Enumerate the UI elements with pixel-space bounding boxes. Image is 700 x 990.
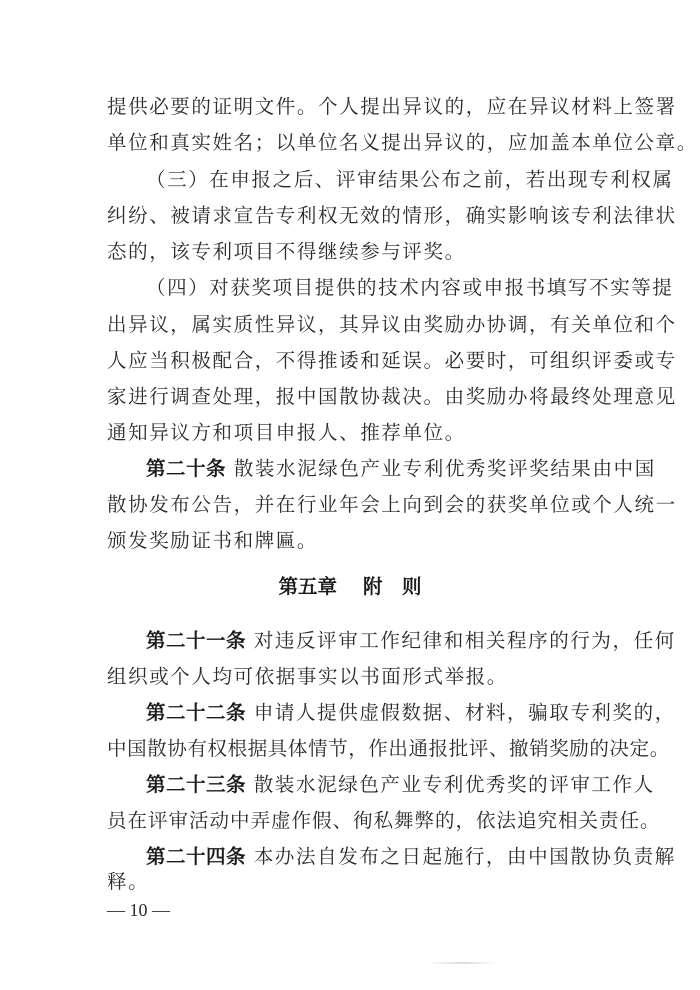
body-line: 通知异议方和项目申报人、推荐单位。 xyxy=(107,421,627,445)
article-24: 第二十四条 本办法自发布之日起施行，由中国散协负责解 xyxy=(146,845,666,869)
body-line: 中国散协有权根据具体情节，作出通报批评、撤销奖励的决定。 xyxy=(107,737,627,761)
article-22: 第二十二条 申请人提供虚假数据、材料，骗取专利奖的， xyxy=(146,701,666,725)
article-text: 散装水泥绿色产业专利优秀奖评奖结果由中国 xyxy=(234,457,656,480)
body-line: 人应当积极配合，不得推诿和延误。必要时，可组织评委或专 xyxy=(107,349,627,373)
article-label: 第二十二条 xyxy=(146,701,246,724)
body-line: 出异议，属实质性异议，其异议由奖励办协调，有关单位和个 xyxy=(107,313,627,337)
chapter-number: 第五章 xyxy=(278,575,337,598)
body-line: 单位和真实姓名；以单位名义提出异议的，应加盖本单位公章。 xyxy=(107,131,627,155)
article-20: 第二十条 散装水泥绿色产业专利优秀奖评奖结果由中国 xyxy=(146,457,666,481)
article-text: 申请人提供虚假数据、材料，骗取专利奖的， xyxy=(254,701,676,724)
clause-three-line: （三）在申报之后、评审结果公布之前，若出现专利权属 xyxy=(146,168,666,192)
article-text: 对违反评审工作纪律和相关程序的行为，任何 xyxy=(254,629,676,652)
body-line: 提供必要的证明文件。个人提出异议的，应在异议材料上签署 xyxy=(107,95,627,119)
article-23: 第二十三条 散装水泥绿色产业专利优秀奖的评审工作人 xyxy=(146,773,666,797)
body-line: 家进行调查处理，报中国散协裁决。由奖励办将最终处理意见 xyxy=(107,385,627,409)
article-text: 散装水泥绿色产业专利优秀奖的评审工作人 xyxy=(254,773,655,796)
body-line: 态的，该专利项目不得继续参与评奖。 xyxy=(107,240,627,264)
page-number: — 10 — xyxy=(107,900,170,921)
body-line: 散协发布公告，并在行业年会上向到会的获奖单位或个人统一 xyxy=(107,493,627,517)
scan-artifact xyxy=(428,962,498,964)
chapter-title: 附 则 xyxy=(363,575,422,598)
body-line: 释。 xyxy=(107,870,627,894)
article-label: 第二十一条 xyxy=(146,629,246,652)
article-label: 第二十三条 xyxy=(146,773,246,796)
article-21: 第二十一条 对违反评审工作纪律和相关程序的行为，任何 xyxy=(146,629,666,653)
document-page: 提供必要的证明文件。个人提出异议的，应在异议材料上签署 单位和真实姓名；以单位名… xyxy=(0,0,700,990)
article-label: 第二十四条 xyxy=(146,845,246,868)
body-line: 纠纷、被请求宣告专利权无效的情形，确实影响该专利法律状 xyxy=(107,204,627,228)
body-line: 颁发奖励证书和牌匾。 xyxy=(107,529,627,553)
body-line: 员在评审活动中弄虚作假、徇私舞弊的，依法追究相关责任。 xyxy=(107,809,627,833)
chapter-heading: 第五章附 则 xyxy=(0,575,700,599)
article-text: 本办法自发布之日起施行，由中国散协负责解 xyxy=(254,845,676,868)
clause-four-line: （四）对获奖项目提供的技术内容或申报书填写不实等提 xyxy=(146,276,666,300)
article-label: 第二十条 xyxy=(146,457,226,480)
body-line: 组织或个人均可依据事实以书面形式举报。 xyxy=(107,665,627,689)
